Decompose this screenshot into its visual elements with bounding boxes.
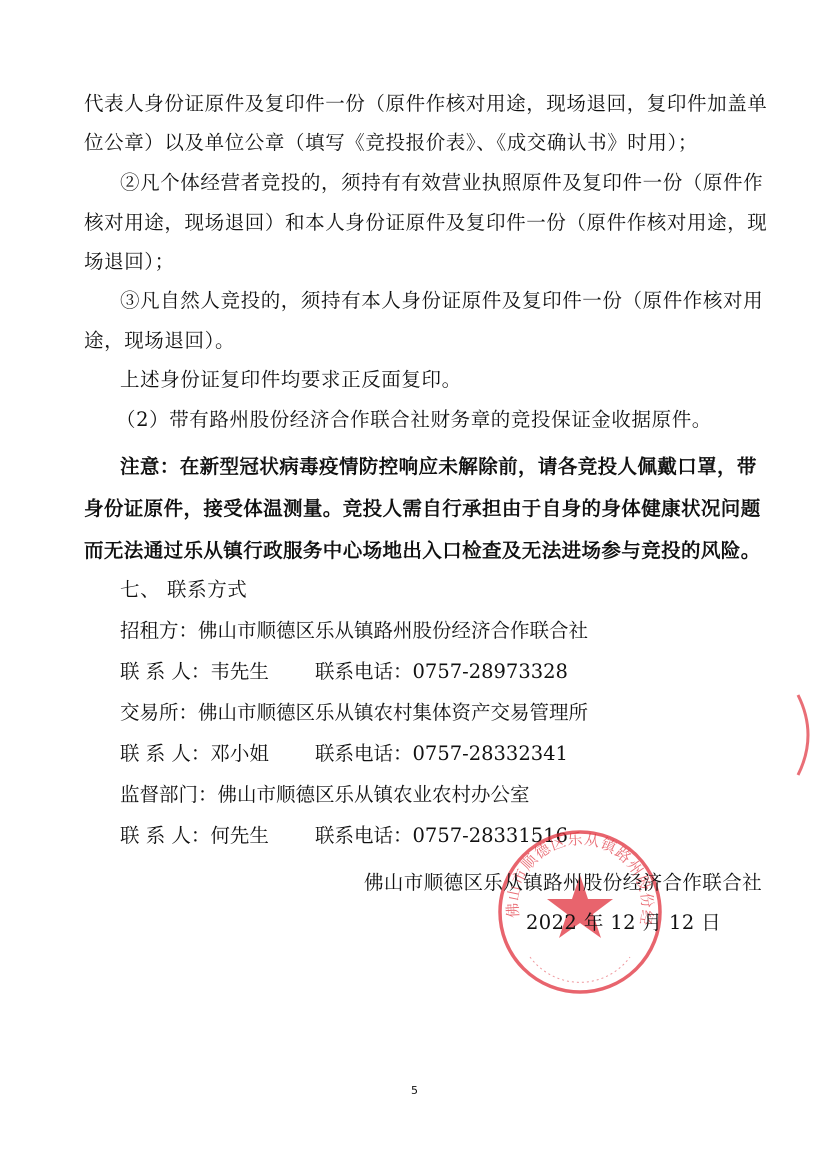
paragraph-line: ②凡个体经营者竞投的，须持有有效营业执照原件及复印件一份（原件作 <box>120 171 763 195</box>
contact-person: 联 系 人：邓小姐 <box>120 742 269 765</box>
signature-organization: 佛山市顺德区乐从镇路州股份经济合作联合社 <box>364 871 762 895</box>
contact-phone: 联系电话：0757-28973328 <box>315 660 568 684</box>
contact-phone: 联系电话：0757-28332341 <box>315 742 568 766</box>
paragraph-line: （2）带有路州股份经济合作联合社财务章的竞投保证金收据原件。 <box>116 408 712 432</box>
contact-org: 监督部门：佛山市顺德区乐从镇农业农村办公室 <box>120 783 530 807</box>
section-heading: 七、 联系方式 <box>120 578 247 602</box>
paragraph-line: 场退回）； <box>84 250 175 274</box>
paragraph-line: ③凡自然人竞投的，须持有本人身份证原件及复印件一份（原件作核对用 <box>120 289 763 313</box>
paragraph-line: 途，现场退回）。 <box>84 329 235 353</box>
contact-person: 联 系 人：韦先生 <box>120 660 269 683</box>
contact-person-row: 联 系 人：何先生 联系电话：0757-28331516 <box>120 824 269 848</box>
page-number: 5 <box>411 1084 418 1097</box>
partial-seal-icon <box>790 690 827 780</box>
signature-date: 2022 年 12 月 12 日 <box>526 911 721 935</box>
contact-person-row: 联 系 人：韦先生 联系电话：0757-28973328 <box>120 660 269 684</box>
notice-line: 而无法通过乐从镇行政服务中心场地出入口检查及无法进场参与竞投的风险。 <box>84 539 761 563</box>
contact-org: 交易所：佛山市顺德区乐从镇农村集体资产交易管理所 <box>120 701 588 725</box>
contact-person-row: 联 系 人：邓小姐 联系电话：0757-28332341 <box>120 742 269 766</box>
notice-line: 注意：在新型冠状病毒疫情防控响应未解除前，请各竞投人佩戴口罩，带 <box>120 455 757 479</box>
notice-line: 身份证原件，接受体温测量。竞投人需自行承担由于自身的身体健康状况问题 <box>84 497 761 521</box>
paragraph-line: 上述身份证复印件均要求正反面复印。 <box>120 368 462 392</box>
paragraph-line: 核对用途，现场退回）和本人身份证原件及复印件一份（原件作核对用途，现 <box>84 211 767 235</box>
contact-phone: 联系电话：0757-28331516 <box>315 824 568 848</box>
paragraph-line: 位公章）以及单位公章（填写《竞投报价表》、《成交确认书》时用）； <box>84 131 698 155</box>
contact-person: 联 系 人：何先生 <box>120 824 269 847</box>
contact-org: 招租方：佛山市顺德区乐从镇路州股份经济合作联合社 <box>120 619 588 643</box>
paragraph-line: 代表人身份证原件及复印件一份（原件作核对用途，现场退回，复印件加盖单 <box>84 92 767 116</box>
